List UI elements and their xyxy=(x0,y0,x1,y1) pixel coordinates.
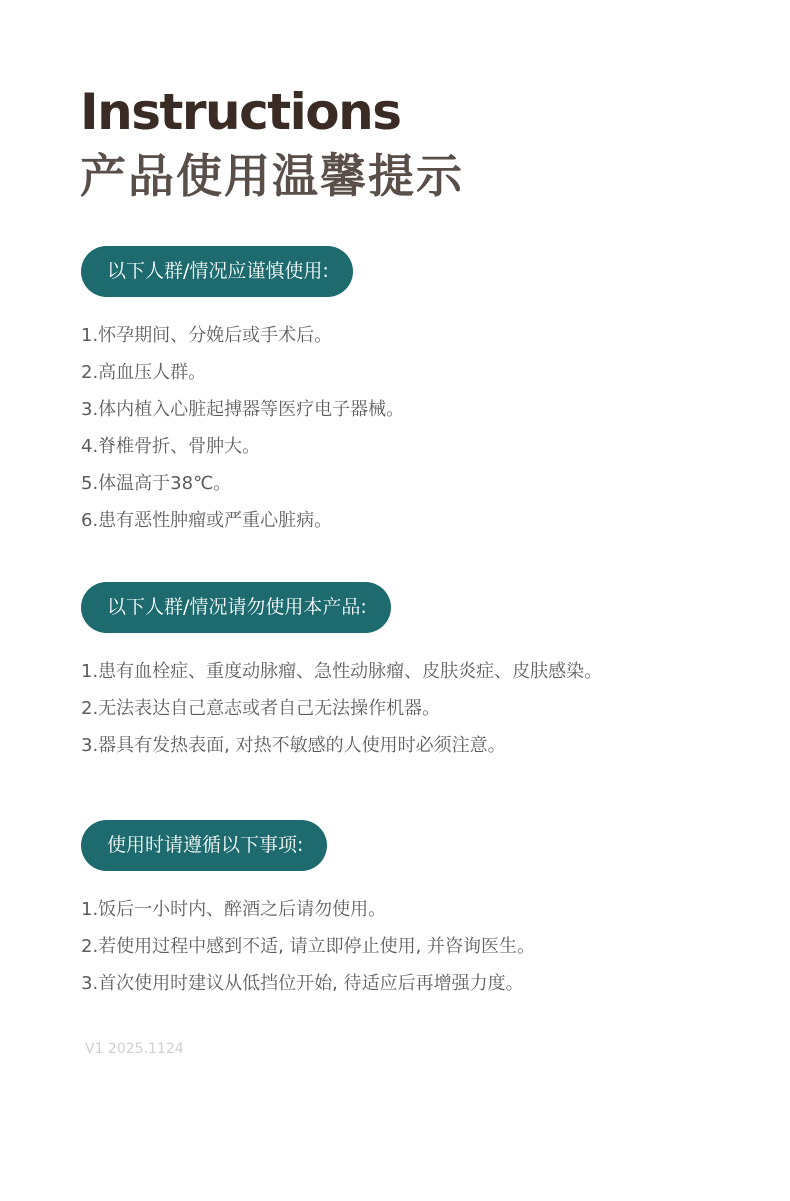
list-item: 2.无法表达自己意志或者自己无法操作机器。 xyxy=(81,690,602,727)
page-title-chinese: 产品使用温馨提示 xyxy=(80,146,464,206)
section-usage-rules: 使用时请遵循以下事项: 1.饭后一小时内、醉酒之后请勿使用。 2.若使用过程中感… xyxy=(81,820,535,1018)
list-item: 1.怀孕期间、分娩后或手术后。 xyxy=(81,317,404,354)
list-item: 1.患有血栓症、重度动脉瘤、急性动脉瘤、皮肤炎症、皮肤感染。 xyxy=(81,653,602,690)
section-caution: 以下人群/情况应谨慎使用: 1.怀孕期间、分娩后或手术后。 2.高血压人群。 3… xyxy=(81,246,404,555)
list-item: 6.患有恶性肿瘤或严重心脏病。 xyxy=(81,502,404,539)
page-title-english: Instructions xyxy=(80,82,401,142)
list-item: 3.首次使用时建议从低挡位开始, 待适应后再增强力度。 xyxy=(81,965,535,1002)
version-label: V1 2025.1124 xyxy=(85,1041,184,1057)
list-item: 3.体内植入心脏起搏器等医疗电子器械。 xyxy=(81,391,404,428)
usage-rules-list: 1.饭后一小时内、醉酒之后请勿使用。 2.若使用过程中感到不适, 请立即停止使用… xyxy=(81,891,535,1002)
section-heading-usage-rules: 使用时请遵循以下事项: xyxy=(81,820,327,871)
section-heading-caution: 以下人群/情况应谨慎使用: xyxy=(81,246,353,297)
list-item: 5.体温高于38℃。 xyxy=(81,465,404,502)
list-item: 1.饭后一小时内、醉酒之后请勿使用。 xyxy=(81,891,535,928)
list-item: 2.若使用过程中感到不适, 请立即停止使用, 并咨询医生。 xyxy=(81,928,535,965)
prohibited-list: 1.患有血栓症、重度动脉瘤、急性动脉瘤、皮肤炎症、皮肤感染。 2.无法表达自己意… xyxy=(81,653,602,764)
section-prohibited: 以下人群/情况请勿使用本产品: 1.患有血栓症、重度动脉瘤、急性动脉瘤、皮肤炎症… xyxy=(81,582,602,780)
list-item: 3.器具有发热表面, 对热不敏感的人使用时必须注意。 xyxy=(81,727,602,764)
caution-list: 1.怀孕期间、分娩后或手术后。 2.高血压人群。 3.体内植入心脏起搏器等医疗电… xyxy=(81,317,404,539)
list-item: 2.高血压人群。 xyxy=(81,354,404,391)
list-item: 4.脊椎骨折、骨肿大。 xyxy=(81,428,404,465)
section-heading-prohibited: 以下人群/情况请勿使用本产品: xyxy=(81,582,391,633)
